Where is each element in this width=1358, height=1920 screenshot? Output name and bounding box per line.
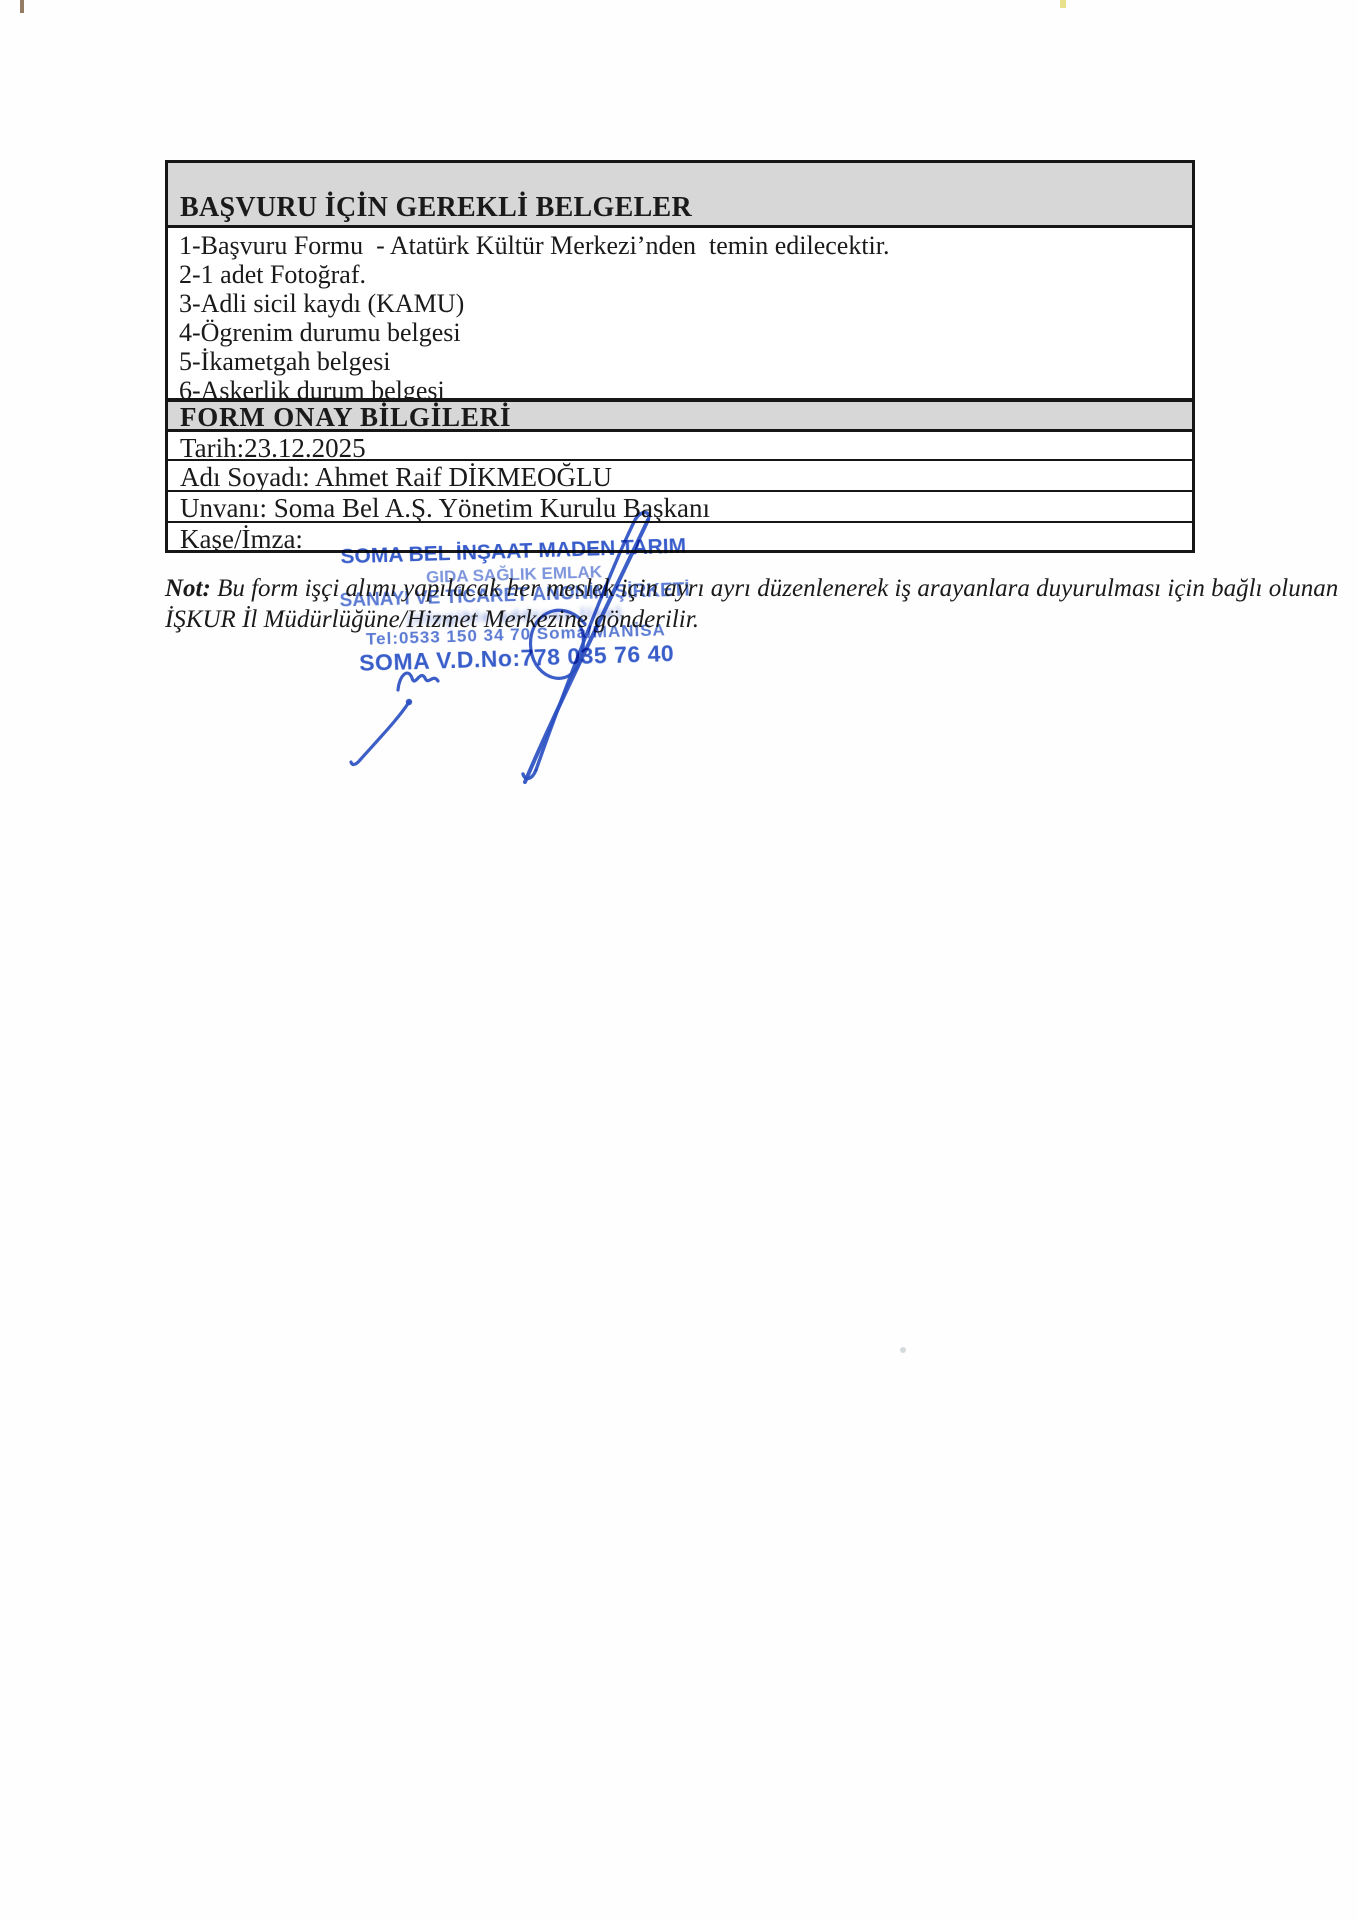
name-text: Adı Soyadı: Ahmet Raif DİKMEOĞLU xyxy=(180,462,612,492)
application-form-table: BAŞVURU İÇİN GEREKLİ BELGELER 1-Başvuru … xyxy=(165,160,1195,553)
form-approval-header-row: FORM ONAY BİLGİLERİ xyxy=(168,402,1192,432)
handwritten-signature xyxy=(330,495,670,785)
required-docs-header-row: BAŞVURU İÇİN GEREKLİ BELGELER xyxy=(168,163,1192,228)
scan-artifact xyxy=(1060,0,1066,8)
date-text: Tarih:23.12.2025 xyxy=(180,433,366,461)
name-row: Adı Soyadı: Ahmet Raif DİKMEOĞLU xyxy=(168,461,1192,492)
scan-artifact xyxy=(20,0,24,13)
required-docs-list: 1-Başvuru Formu - Atatürk Kültür Merkezi… xyxy=(168,228,1192,402)
note-prefix: Not: xyxy=(165,575,211,602)
doc-item-1: 1-Başvuru Formu - Atatürk Kültür Merkezi… xyxy=(179,231,1192,260)
doc-item-3: 3-Adli sicil kaydı (KAMU) xyxy=(179,289,1192,318)
form-approval-header-text: FORM ONAY BİLGİLERİ xyxy=(180,402,511,432)
title-row: Unvanı: Soma Bel A.Ş. Yönetim Kurulu Baş… xyxy=(168,492,1192,523)
scanned-document-page: BAŞVURU İÇİN GEREKLİ BELGELER 1-Başvuru … xyxy=(0,0,1358,1920)
doc-item-5: 5-İkametgah belgesi xyxy=(179,347,1192,376)
doc-item-2: 2-1 adet Fotoğraf. xyxy=(179,260,1192,289)
doc-item-6: 6-Askerlik durum belgesi xyxy=(179,376,1192,402)
stamp-signature-label: Kaşe/İmza: xyxy=(180,524,303,550)
required-docs-header-text: BAŞVURU İÇİN GEREKLİ BELGELER xyxy=(180,192,692,224)
date-row: Tarih:23.12.2025 xyxy=(168,432,1192,461)
scan-artifact xyxy=(900,1347,906,1353)
doc-item-4: 4-Ögrenim durumu belgesi xyxy=(179,318,1192,347)
